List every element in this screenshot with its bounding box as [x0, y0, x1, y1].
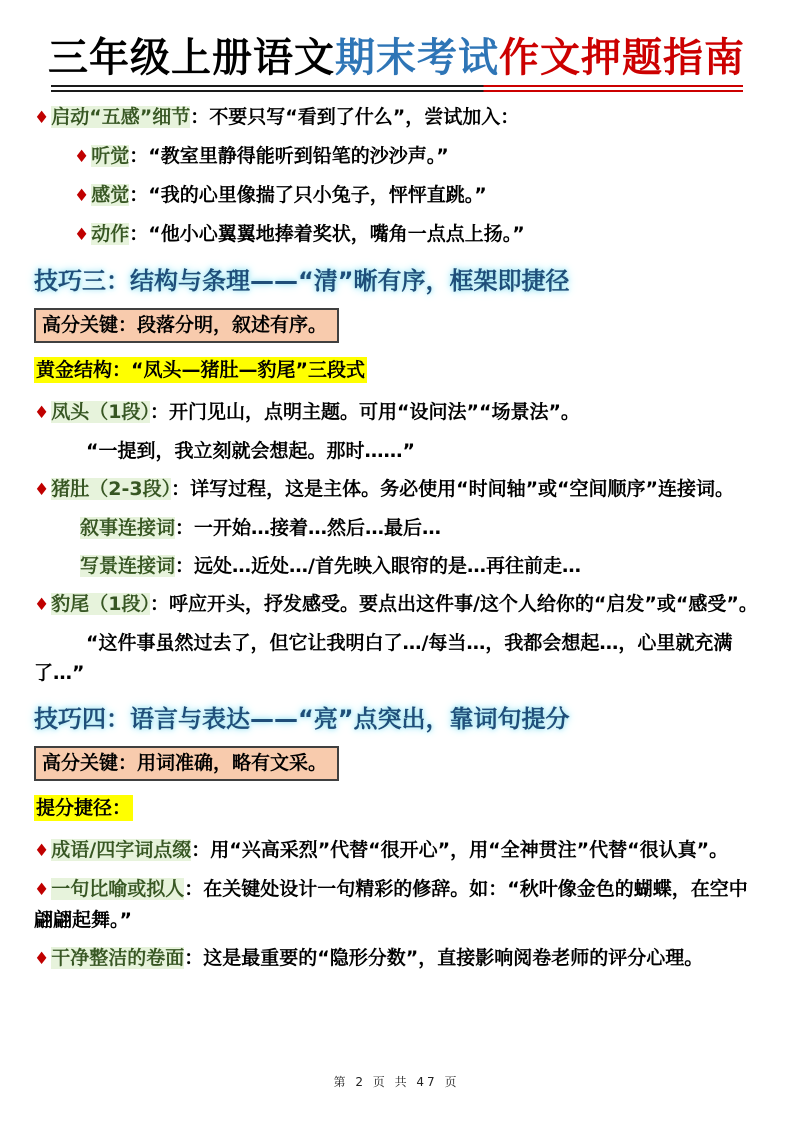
bullet-metaphor: ♦一句比喻或拟人：在关键处设计一句精彩的修辞。如：“秋叶像金色的蝴蝶，在空中翩翩… [34, 874, 759, 935]
bullet-action: ♦动作：“他小心翼翼地捧着奖状，嘴角一点点上扬。” [34, 219, 759, 250]
idioms-text: ：用“兴高采烈”代替“很开心”，用“全神贯注”代替“很认真”。 [191, 839, 728, 861]
golden-structure-line: 黄金结构：“凤头—猪肚—豹尾”三段式 [34, 355, 759, 385]
diamond-bullet-icon: ♦ [34, 595, 49, 615]
title-part-black: 三年级上册语文 [48, 35, 335, 81]
bullet-pig-belly: ♦猪肚（2-3段）：详写过程，这是主体。务必使用“时间轴”或“空间顺序”连接词。 [34, 474, 759, 505]
diamond-bullet-icon: ♦ [34, 949, 49, 969]
document-page: 三年级上册语文期末考试作文押题指南 ♦启动“五感”细节：不要只写“看到了什么”，… [0, 0, 793, 1122]
five-senses-label: 启动“五感”细节 [51, 106, 190, 128]
score-shortcut-line: 提分捷径： [34, 793, 759, 823]
narrative-connectives-line: 叙事连接词：一开始…接着…然后…最后… [34, 513, 759, 543]
diamond-bullet-icon: ♦ [34, 403, 49, 423]
diamond-bullet-icon: ♦ [74, 147, 89, 167]
title-part-blue: 期末考试 [335, 35, 499, 81]
underline-top [51, 85, 743, 87]
page-number-footer: 第 2 页 共 47 页 [0, 1073, 793, 1090]
feeling-label: 感觉 [91, 184, 129, 206]
action-label: 动作 [91, 223, 129, 245]
bullet-idioms: ♦成语/四字词点缀：用“兴高采烈”代替“很开心”，用“全神贯注”代替“很认真”。 [34, 835, 759, 866]
leopard-label: 豹尾（1段） [51, 593, 150, 615]
diamond-bullet-icon: ♦ [34, 880, 49, 900]
bullet-hearing: ♦听觉：“教室里静得能听到铅笔的沙沙声。” [34, 141, 759, 172]
section-heading-technique3: 技巧三：结构与条理——“清”晰有序，框架即捷径 [34, 264, 759, 298]
section-heading-technique4: 技巧四：语言与表达——“亮”点突出，靠词句提分 [34, 702, 759, 736]
title-part-red: 作文押题指南 [499, 35, 745, 81]
pig-text: ：详写过程，这是主体。务必使用“时间轴”或“空间顺序”连接词。 [171, 478, 734, 500]
bullet-neat-paper: ♦干净整洁的卷面：这是最重要的“隐形分数”，直接影响阅卷老师的评分心理。 [34, 943, 759, 974]
narrative-connectives-label: 叙事连接词 [80, 517, 175, 539]
diamond-bullet-icon: ♦ [34, 841, 49, 861]
bullet-five-senses: ♦启动“五感”细节：不要只写“看到了什么”，尝试加入： [34, 102, 759, 133]
score-shortcut-text: 提分捷径： [34, 795, 133, 821]
diamond-bullet-icon: ♦ [34, 480, 49, 500]
page-title: 三年级上册语文期末考试作文押题指南 [34, 34, 759, 92]
scenery-connectives-text: ：远处…近处…/首先映入眼帘的是…再往前走… [175, 555, 581, 577]
diamond-bullet-icon: ♦ [74, 186, 89, 206]
hearing-label: 听觉 [91, 145, 129, 167]
five-senses-text: ：不要只写“看到了什么”，尝试加入： [190, 106, 519, 128]
bullet-feeling: ♦感觉：“我的心里像揣了只小兔子，怦怦直跳。” [34, 180, 759, 211]
hearing-text: ：“教室里静得能听到铅笔的沙沙声。” [129, 145, 448, 167]
diamond-bullet-icon: ♦ [34, 108, 49, 128]
leopard-example-quote: “这件事虽然过去了，但它让我明白了…/每当…，我都会想起…，心里就充满了…” [34, 628, 759, 688]
bullet-leopard-tail: ♦豹尾（1段）：呼应开头，抒发感受。要点出这件事/这个人给你的“启发”或“感受”… [34, 589, 759, 620]
neat-paper-text: ：这是最重要的“隐形分数”，直接影响阅卷老师的评分心理。 [184, 947, 703, 969]
diamond-bullet-icon: ♦ [74, 225, 89, 245]
bullet-phoenix-head: ♦凤头（1段）：开门见山，点明主题。可用“设问法”“场景法”。 [34, 397, 759, 428]
action-text: ：“他小心翼翼地捧着奖状，嘴角一点点上扬。” [129, 223, 524, 245]
pig-label: 猪肚（2-3段） [51, 478, 171, 500]
leopard-text: ：呼应开头，抒发感受。要点出这件事/这个人给你的“启发”或“感受”。 [150, 593, 758, 615]
underline-bottom [51, 90, 743, 92]
metaphor-label: 一句比喻或拟人 [51, 878, 184, 900]
phoenix-label: 凤头（1段） [51, 401, 150, 423]
scenery-connectives-label: 写景连接词 [80, 555, 175, 577]
phoenix-example-quote: “一提到，我立刻就会想起。那时……” [34, 436, 759, 466]
scenery-connectives-line: 写景连接词：远处…近处…/首先映入眼帘的是…再往前走… [34, 551, 759, 581]
page-title-text: 三年级上册语文期末考试作文押题指南 [34, 34, 759, 82]
phoenix-text: ：开门见山，点明主题。可用“设问法”“场景法”。 [150, 401, 580, 423]
golden-structure-text: 黄金结构：“凤头—猪肚—豹尾”三段式 [34, 357, 367, 383]
key-point-box-language: 高分关键：用词准确，略有文采。 [34, 746, 339, 781]
feeling-text: ：“我的心里像揣了只小兔子，怦怦直跳。” [129, 184, 486, 206]
narrative-connectives-text: ：一开始…接着…然后…最后… [175, 517, 441, 539]
key-point-box-structure: 高分关键：段落分明，叙述有序。 [34, 308, 339, 343]
idioms-label: 成语/四字词点缀 [51, 839, 191, 861]
title-double-underline [51, 85, 743, 92]
neat-paper-label: 干净整洁的卷面 [51, 947, 184, 969]
